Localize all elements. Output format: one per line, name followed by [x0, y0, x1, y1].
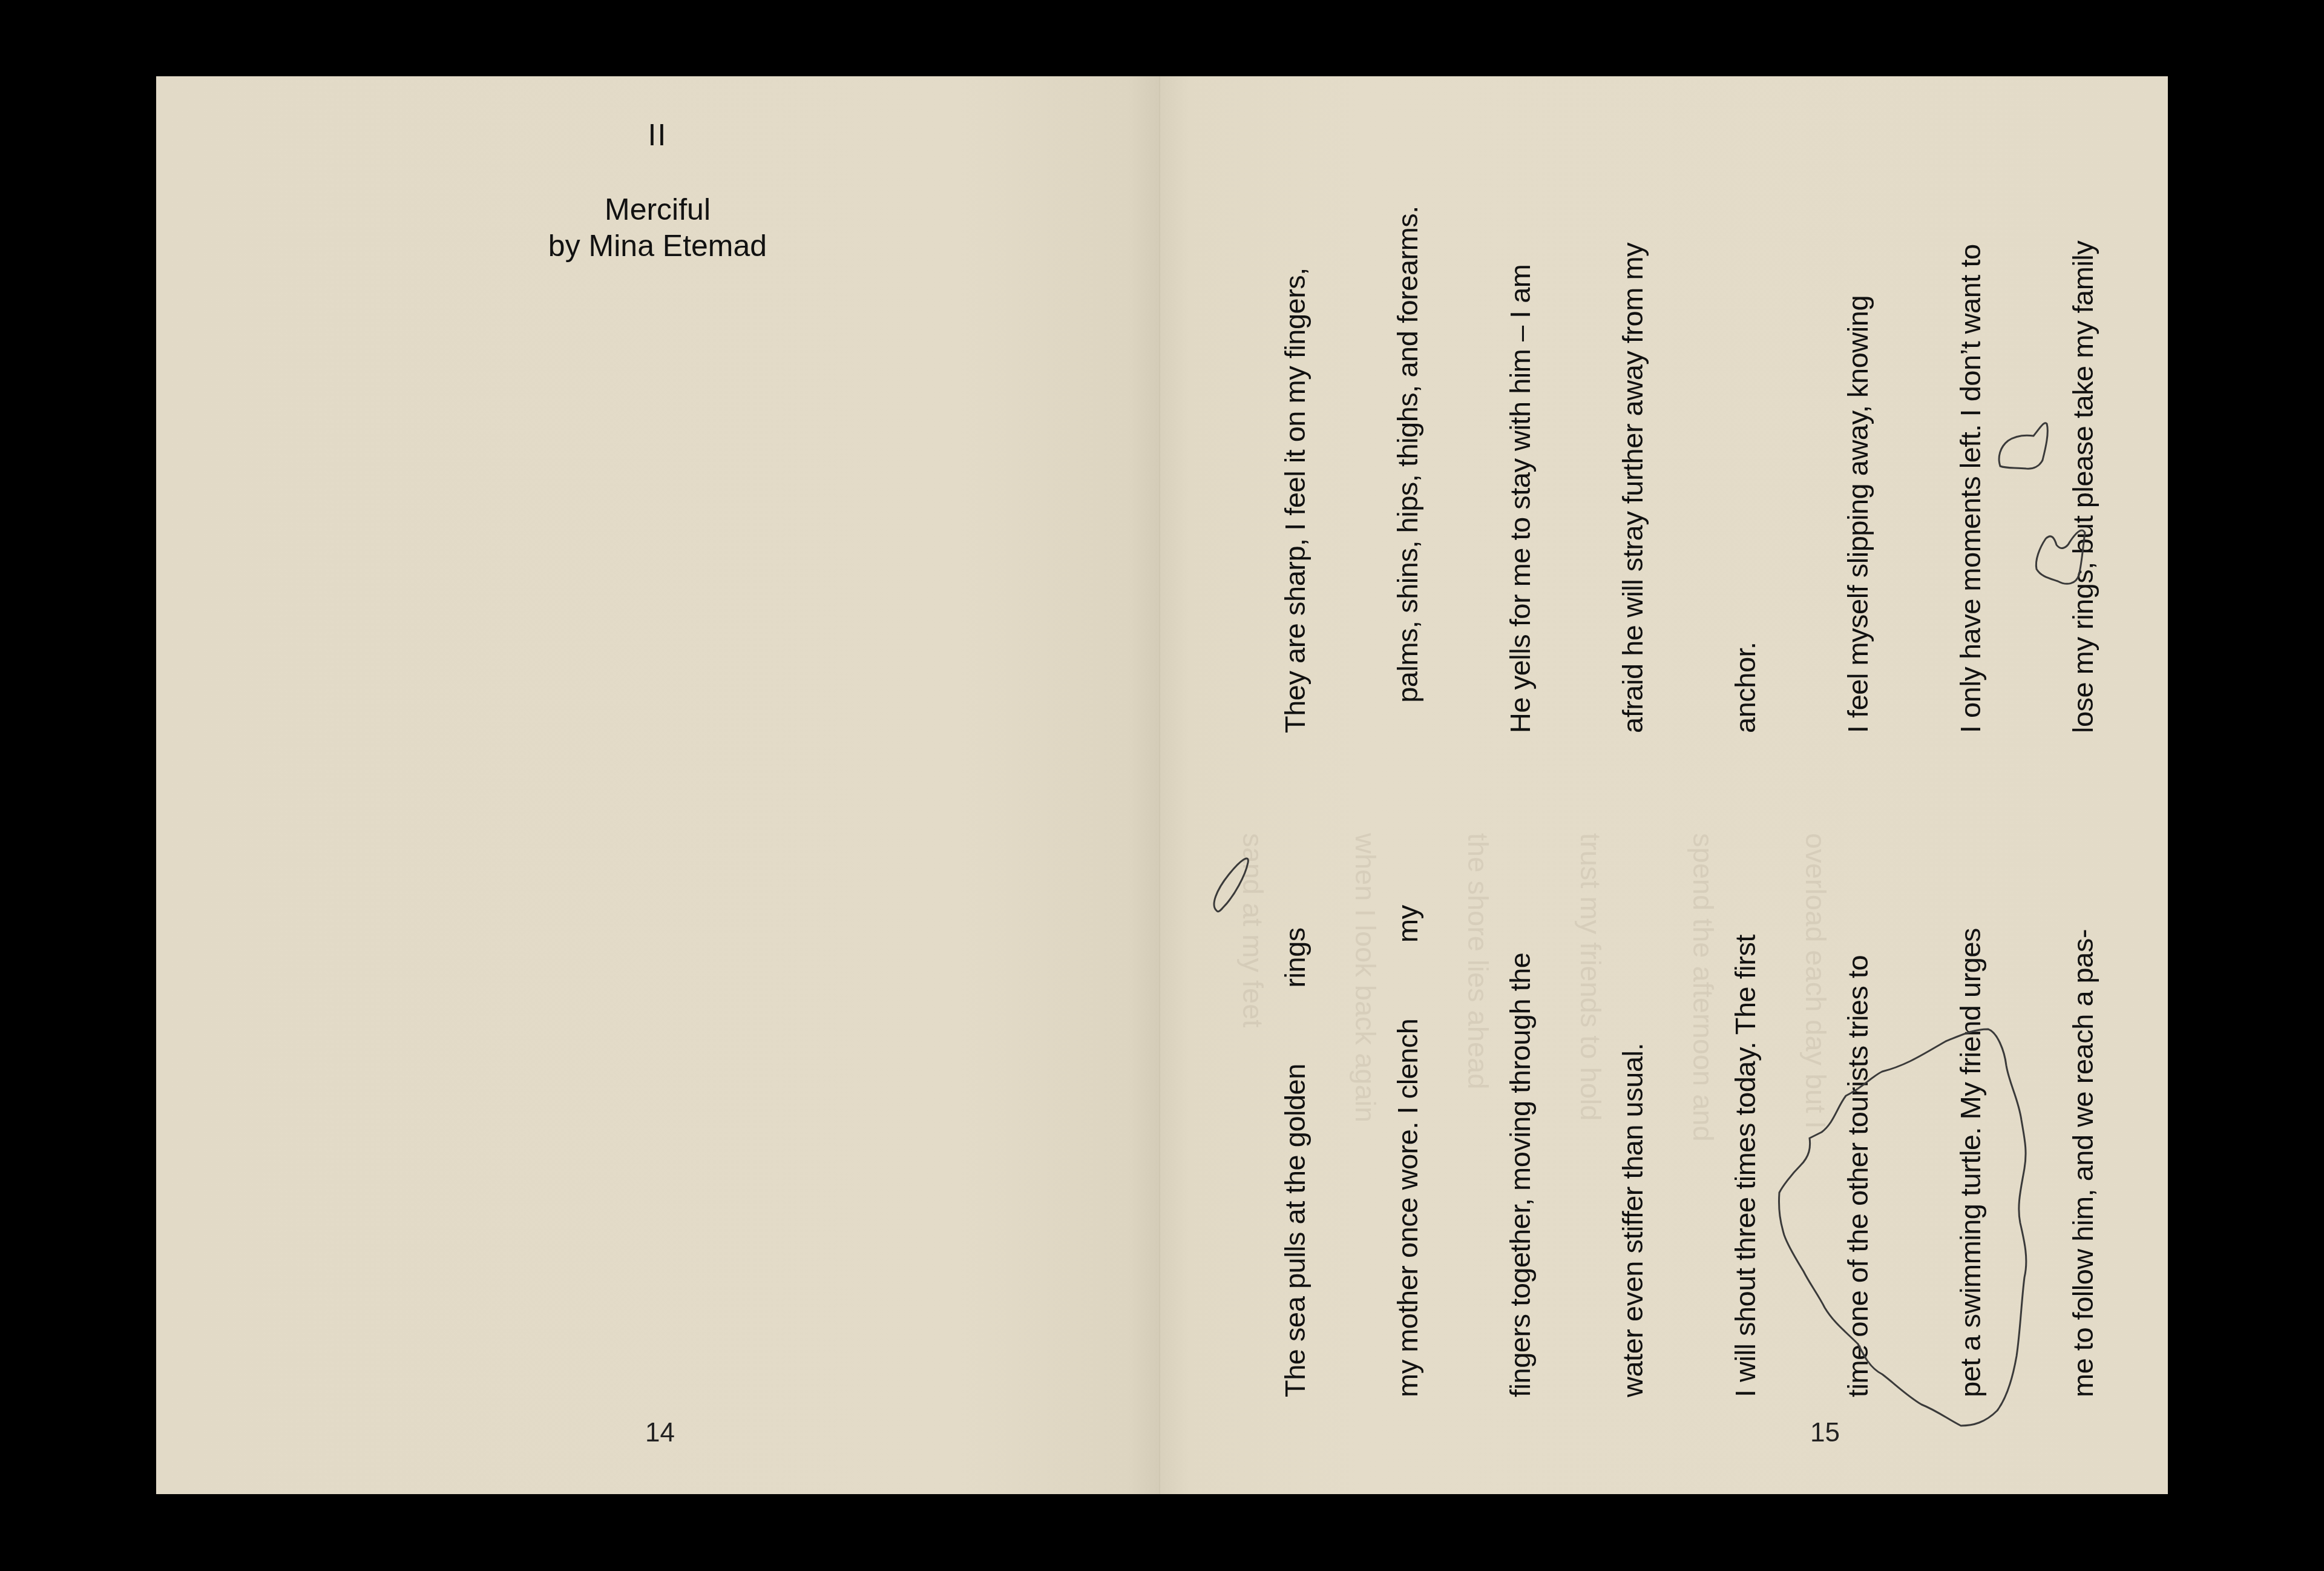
text-line: palms, shins, hips, thighs, and forearms… — [1389, 128, 1426, 733]
text-line: He yells for me to stay with him – I am — [1502, 128, 1539, 733]
text-line: fingers together, moving through the — [1502, 816, 1539, 1397]
text-line: water even stiffer than usual. — [1614, 816, 1652, 1397]
text-line: I feel myself slipping away, knowing — [1839, 128, 1877, 733]
text-block-lower: The sea pulls at the golden rings my mot… — [1201, 816, 2168, 1397]
text-block-upper: They are sharp, I feel it on my fingers,… — [1201, 128, 2168, 733]
text-line: time one of the other tourists tries to — [1839, 816, 1877, 1397]
story-byline: by Mina Etemad — [156, 228, 1159, 264]
right-page: They are sharp, I feel it on my fingers,… — [1159, 76, 2168, 1494]
text-line: me to follow him, and we reach a pas- — [2064, 816, 2102, 1397]
text-line: my mother once wore. I clench my — [1389, 816, 1426, 1397]
page-number-right: 15 — [1810, 1418, 1840, 1448]
left-page: II Merciful by Mina Etemad 14 — [156, 76, 1159, 1494]
text-line: They are sharp, I feel it on my fingers, — [1276, 128, 1314, 733]
title-block: Merciful by Mina Etemad — [156, 191, 1159, 264]
text-line: The sea pulls at the golden rings — [1276, 816, 1314, 1397]
text-line: anchor. — [1727, 128, 1764, 733]
story-title: Merciful — [156, 191, 1159, 228]
text-line: lose my rings, but please take my family — [2064, 128, 2102, 733]
text-line: afraid he will stray further away from m… — [1614, 128, 1652, 733]
page-number-left: 14 — [645, 1418, 675, 1448]
book-spread: II Merciful by Mina Etemad 14 They are s… — [156, 76, 2168, 1494]
section-numeral: II — [156, 117, 1159, 153]
spine-gutter — [1159, 76, 1160, 1494]
text-line: pet a swimming turtle. My friend urges — [1952, 816, 1989, 1397]
text-line: I will shout three times today. The firs… — [1727, 816, 1764, 1397]
text-line: I only have moments left. I don’t want t… — [1952, 128, 1989, 733]
